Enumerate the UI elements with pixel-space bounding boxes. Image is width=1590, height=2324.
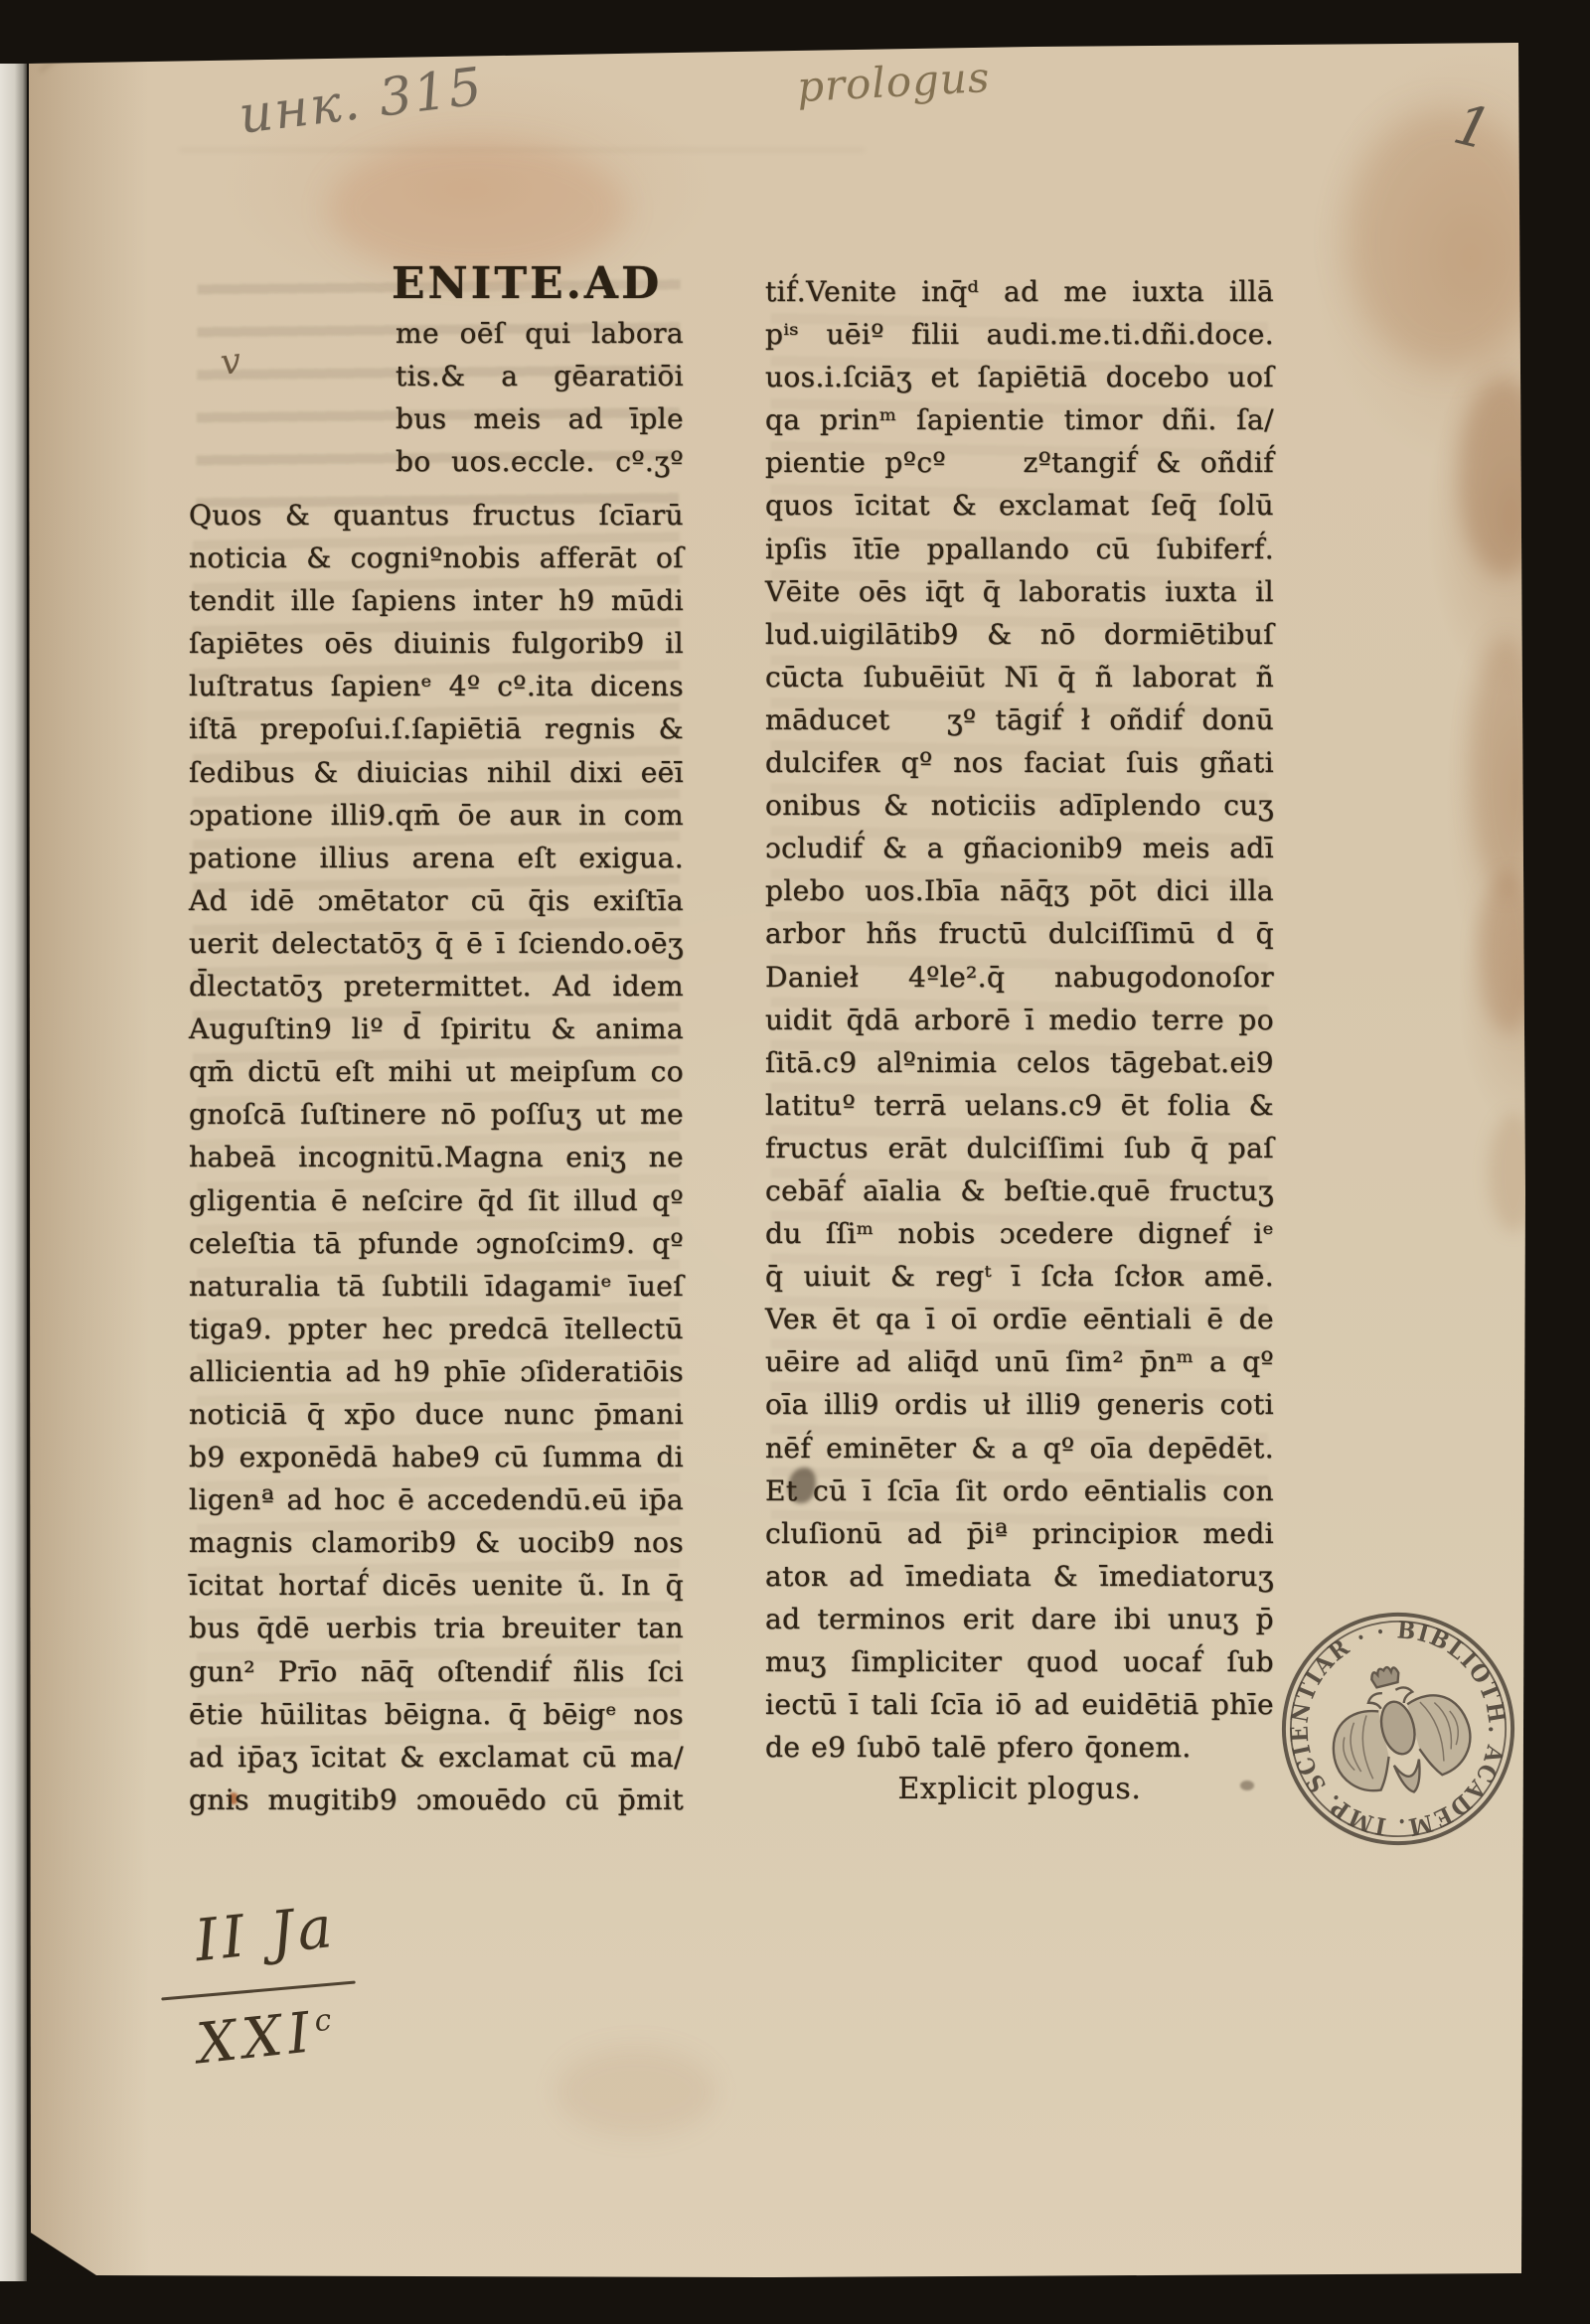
- text-line: ɔpatione illi9.qm̄ ōe auʀ in com: [189, 794, 684, 837]
- text-line: de e9 ſubō talē pfero q̄onem.: [765, 1726, 1274, 1769]
- text-line: ipſis ītīe ppallando cū ſubiferf́.: [765, 528, 1274, 570]
- explicit-line: Explicit plogus.: [765, 1768, 1274, 1810]
- text-line: Danieł 4ºle².q̄ nabugodonoſor: [765, 956, 1274, 999]
- text-line: latituº terrā uelans.c9 ēt folia &: [765, 1084, 1274, 1127]
- text-line: habeā incognitū.Magna eniʒ ne: [189, 1136, 684, 1178]
- text-line: īcitat hortaf́ dicēs uenite ũ. In q̄: [189, 1564, 684, 1607]
- text-line: ligenª ad hoc ē accedendū.eū ip̄a: [189, 1478, 684, 1521]
- text-line: gligentia ē neſcire q̄d ſit illud qº: [189, 1179, 684, 1222]
- shelfmark-superscript: c: [313, 2002, 339, 2039]
- text-line: māducet ʒº tāgif́ ł oñdif́ donū: [765, 698, 1274, 741]
- right-text-column: tif́.Venite inq̄ᵈ ad me iuxta illāpⁱˢ uē…: [765, 270, 1274, 1769]
- library-stamp: · BIBLIOTH. ACADEM. IMP. SCIENTIAR ·: [1275, 1606, 1521, 1852]
- text-line: muʒ ſimpliciter quod uocaf́ ſub: [765, 1640, 1274, 1683]
- text-line: nēf́ eminēter & a qº oīa depēdēt.: [765, 1427, 1274, 1470]
- text-line: tis.& a gēaratiōi: [396, 355, 684, 397]
- text-line: ad ip̄aʒ īcitat & exclamat cū ma/: [189, 1736, 684, 1779]
- paper-stain: [556, 2047, 715, 2136]
- text-line: arbor hñs fructū dulciſſimū d q̄: [765, 912, 1274, 955]
- text-line: magnis clamorib9 & uocib9 nos: [189, 1521, 684, 1564]
- opening-heading: ENITE.AD: [392, 256, 684, 312]
- text-line: plebo uos.Ibīa nāq̄ʒ pōt dici illa: [765, 869, 1274, 912]
- prologus-annotation: prologus: [796, 53, 992, 111]
- book-page: инк. 315 prologus 1 ENITE.AD me oēſ qui …: [0, 0, 1590, 2324]
- opening-lines: me oēſ qui laboratis.& a gēaratiōibus me…: [396, 312, 684, 483]
- text-line: quos īcitat & exclamat ſeq̄ ſolū: [765, 484, 1274, 527]
- text-line: cebāf́ aīalia & beſtie.quē fructuʒ: [765, 1169, 1274, 1212]
- text-line: uos.i.ſciāʒ et ſapiētiā docebo uoſ: [765, 356, 1274, 398]
- text-line: cūcta ſubuēiūt Nī q̄ ñ laborat ñ: [765, 656, 1274, 698]
- text-line: oīa illi9 ordis uł illi9 generis coti: [765, 1383, 1274, 1426]
- text-line: q̄ uiuit & regᵗ ī ſcła ſcłoʀ amē.: [765, 1255, 1274, 1298]
- text-line: fructus erāt dulciſſimi ſub q̄ paſ: [765, 1127, 1274, 1169]
- text-line: ſitā.c9 alºnimia celos tāgebat.ei9: [765, 1041, 1274, 1084]
- text-line: Veʀ ēt qa ī oī ordīe eēntiali ē de: [765, 1298, 1274, 1340]
- text-line: luſtratus ſapienᵉ 4º cº.ita dicens: [189, 665, 684, 707]
- text-line: patione illius arena eſt exigua.: [189, 837, 684, 879]
- text-line: ſedibus & diuicias nihil dixi eēī: [189, 751, 684, 794]
- folio-number: 1: [1448, 92, 1498, 164]
- text-line: cluſionū ad p̄iª principioʀ medi: [765, 1512, 1274, 1555]
- text-line: gnis mugitib9 ɔmouēdo cū p̄mit: [189, 1779, 684, 1821]
- text-line: iectū ī tali ſcīa iō ad euidētiā phīe: [765, 1683, 1274, 1726]
- shelfmark-bottom: XXIc: [194, 1998, 342, 2078]
- inventory-number-annotation: инк. 315: [236, 57, 487, 146]
- text-line: bo uos.eccle. cº.ʒº: [396, 440, 684, 483]
- text-line: Ad idē ɔmētator cū q̄is exiſtīa: [189, 879, 684, 922]
- text-line: ad terminos erit dare ibi unuʒ p̄: [765, 1598, 1274, 1640]
- text-line: gnoſcā ſuſtinere nō poſſuʒ ut me: [189, 1093, 684, 1136]
- text-line: ɔcludif́ & a gñacionib9 meis adī: [765, 827, 1274, 869]
- text-line: me oēſ qui labora: [396, 312, 684, 355]
- paper-stain: [1471, 636, 1540, 894]
- text-line: ētie hūilitas bēigna. q̄ bēigᵉ nos: [189, 1693, 684, 1736]
- text-line: qa prinᵐ ſapientie timor dñi. ſa/: [765, 398, 1274, 441]
- text-line: Auguſtin9 liº d̄ ſpiritu & anima: [189, 1007, 684, 1050]
- paper-stain: [1489, 1113, 1538, 1232]
- text-line: tendit ille ſapiens inter h9 mūdi: [189, 579, 684, 622]
- text-line: gun² Prīo nāq̄ oſtendif́ ñlis ſci: [189, 1650, 684, 1693]
- text-line: uerit delectatōʒ q̄ ē ī ſciendo.oēʒ: [189, 922, 684, 965]
- text-line: tif́.Venite inq̄ᵈ ad me iuxta illā: [765, 270, 1274, 313]
- double-eagle-emblem: [1316, 1651, 1481, 1808]
- text-line: naturalia tā ſubtili īdagamiᵉ īueſ: [189, 1265, 684, 1308]
- paper-stain: [1459, 378, 1548, 576]
- text-line: Quos & quantus fructus ſcīarū: [189, 494, 684, 537]
- text-line: iſtā prepoſui.ſ.ſapiētiā regnis &: [189, 707, 684, 750]
- text-line: pⁱˢ uēiº filii audi.me.ti.dñi.doce.: [765, 313, 1274, 356]
- text-line: qm̄ dictū eſt mihi ut meipſum co: [189, 1050, 684, 1093]
- opening-paragraph: ENITE.AD me oēſ qui laboratis.& a gēarat…: [189, 256, 684, 483]
- paper-stain: [1347, 109, 1545, 368]
- text-line: noticia & cogniºnobis afferāt oſ: [189, 537, 684, 579]
- text-line: uidit q̄dā arborē ī medio terre po: [765, 999, 1274, 1041]
- shelfmark-top: II Ja: [192, 1893, 339, 1974]
- text-line: pientie pºcº zºtangif́ & oñdif́: [765, 441, 1274, 484]
- paper-stain: [1479, 874, 1538, 1033]
- facing-page-edge: [0, 64, 27, 2281]
- text-line: d̄lectatōʒ pretermittet. Ad idem: [189, 965, 684, 1007]
- text-line: du ſſiᵐ nobis ɔcedere dignef́ iᵉ: [765, 1212, 1274, 1255]
- text-line: allicientia ad h9 phīe ɔſideratiōis: [189, 1350, 684, 1393]
- left-text-column: Quos & quantus fructus ſcīarūnoticia & c…: [189, 494, 684, 1821]
- fold-crease: [39, 0, 158, 73]
- text-line: noticiā q̄ xp̄o duce nunc p̄mani: [189, 1393, 684, 1436]
- text-line: ſapiētes oēs diuinis fulgorib9 il: [189, 622, 684, 665]
- text-line: dulcifeʀ qº nos faciat ſuis gñati: [765, 741, 1274, 784]
- text-line: lud.uigilātib9 & nō dormiētibuſ: [765, 613, 1274, 656]
- text-line: Et cū ī ſcīa ſit ordo eēntialis con: [765, 1470, 1274, 1512]
- fold-crease: [179, 149, 865, 151]
- text-line: uēire ad aliq̄d unū ſim² p̄nᵐ a qº: [765, 1340, 1274, 1383]
- text-line: bus meis ad īple: [396, 397, 684, 440]
- text-line: tiga9. ppter hec predcā ītellectū: [189, 1308, 684, 1350]
- text-line: onibus & noticiis adīplendo cuʒ: [765, 784, 1274, 827]
- text-line: bus q̄dē uerbis tria breuiter tan: [189, 1607, 684, 1649]
- text-line: b9 exponēdā habe9 cū ſumma di: [189, 1436, 684, 1478]
- text-line: atoʀ ad īmediata & īmediatoruʒ: [765, 1555, 1274, 1598]
- text-line: Vēite oēs iq̄t q̄ laboratis iuxta il: [765, 570, 1274, 613]
- text-line: celeſtia tā pfunde ɔgnoſcim9. qº: [189, 1222, 684, 1265]
